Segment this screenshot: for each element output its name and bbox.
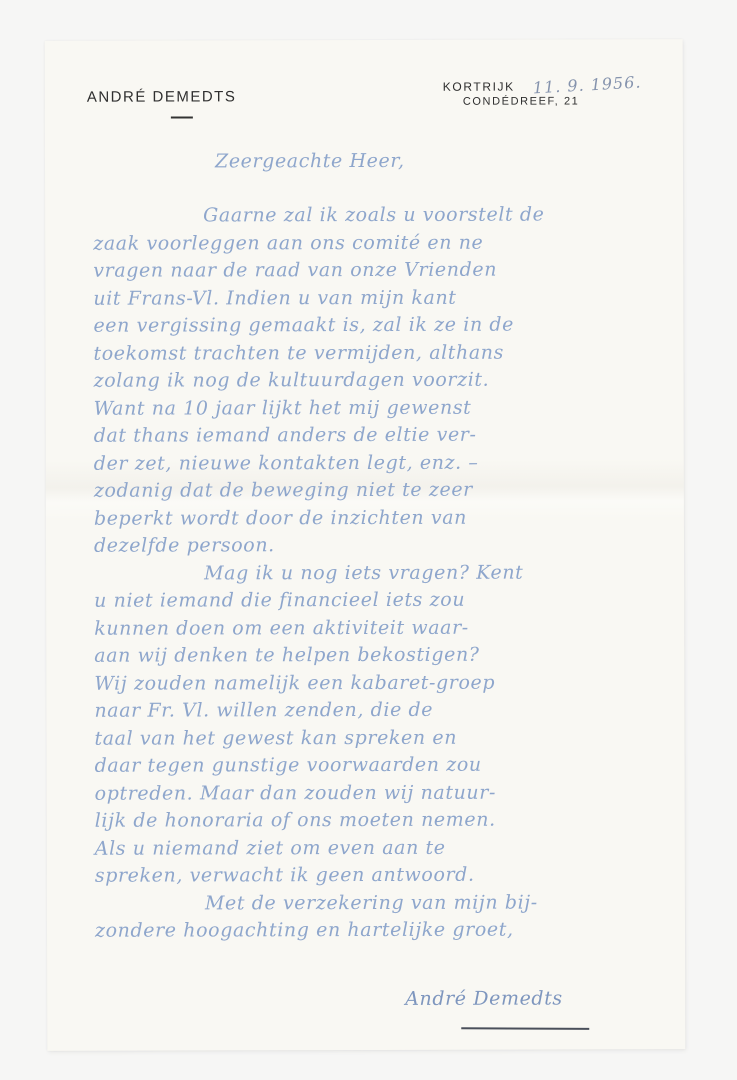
body-line: u niet iemand die financieel iets zou — [94, 586, 674, 615]
body-line: zondere hoogachting en hartelijke groet, — [95, 916, 675, 945]
body-line: vragen naar de raad van onze Vrienden — [93, 256, 673, 285]
letterhead-divider — [171, 116, 193, 118]
body-line: zodanig dat de beweging niet te zeer — [94, 476, 674, 505]
body-line: Want na 10 jaar lijkt het mij gewenst — [94, 394, 674, 423]
letter-paper: ANDRÉ DEMEDTS KORTRIJK CONDÉDREEF, 21 11… — [45, 39, 686, 1051]
body-line: Gaarne zal ik zoals u voorstelt de — [93, 201, 673, 230]
body-line: een vergissing gemaakt is, zal ik ze in … — [93, 311, 673, 340]
body-line: Wij zouden namelijk een kabaret-groep — [94, 669, 674, 698]
body-line: zaak voorleggen aan ons comité en ne — [93, 229, 673, 258]
body-line: optreden. Maar dan zouden wij natuur- — [95, 779, 675, 808]
body-line: der zet, nieuwe kontakten legt, enz. – — [94, 449, 674, 478]
signature-underline — [461, 1027, 589, 1029]
body-line: Als u niemand ziet om even aan te — [95, 834, 675, 863]
letterhead-address: CONDÉDREEF, 21 — [463, 95, 580, 107]
letter-body: Gaarne zal ik zoals u voorstelt de zaak … — [93, 201, 675, 945]
salutation: Zeergeachte Heer, — [215, 150, 405, 172]
body-line: zolang ik nog de kultuurdagen voorzit. — [94, 366, 674, 395]
body-line: spreken, verwacht ik geen antwoord. — [95, 861, 675, 890]
signature: André Demedts — [405, 987, 563, 1009]
letterhead-city: KORTRIJK — [443, 80, 515, 94]
body-line: daar tegen gunstige voorwaarden zou — [95, 751, 675, 780]
body-line: dezelfde persoon. — [94, 531, 674, 560]
body-line: toekomst trachten te vermijden, althans — [93, 339, 673, 368]
body-line: beperkt wordt door de inzichten van — [94, 504, 674, 533]
body-line: naar Fr. Vl. willen zenden, die de — [94, 696, 674, 725]
body-line: aan wij denken te helpen bekostigen? — [94, 641, 674, 670]
body-line: Met de verzekering van mijn bij- — [95, 889, 675, 918]
body-line: lijk de honoraria of ons moeten nemen. — [95, 806, 675, 835]
handwritten-date: 11. 9. 1956. — [532, 72, 642, 97]
body-line: kunnen doen om een aktiviteit waar- — [94, 614, 674, 643]
body-line: taal van het gewest kan spreken en — [94, 724, 674, 753]
body-line: Mag ik u nog iets vragen? Kent — [94, 559, 674, 588]
letterhead-name: ANDRÉ DEMEDTS — [87, 88, 237, 105]
body-line: uit Frans-Vl. Indien u van mijn kant — [93, 284, 673, 313]
body-line: dat thans iemand anders de eltie ver- — [94, 421, 674, 450]
